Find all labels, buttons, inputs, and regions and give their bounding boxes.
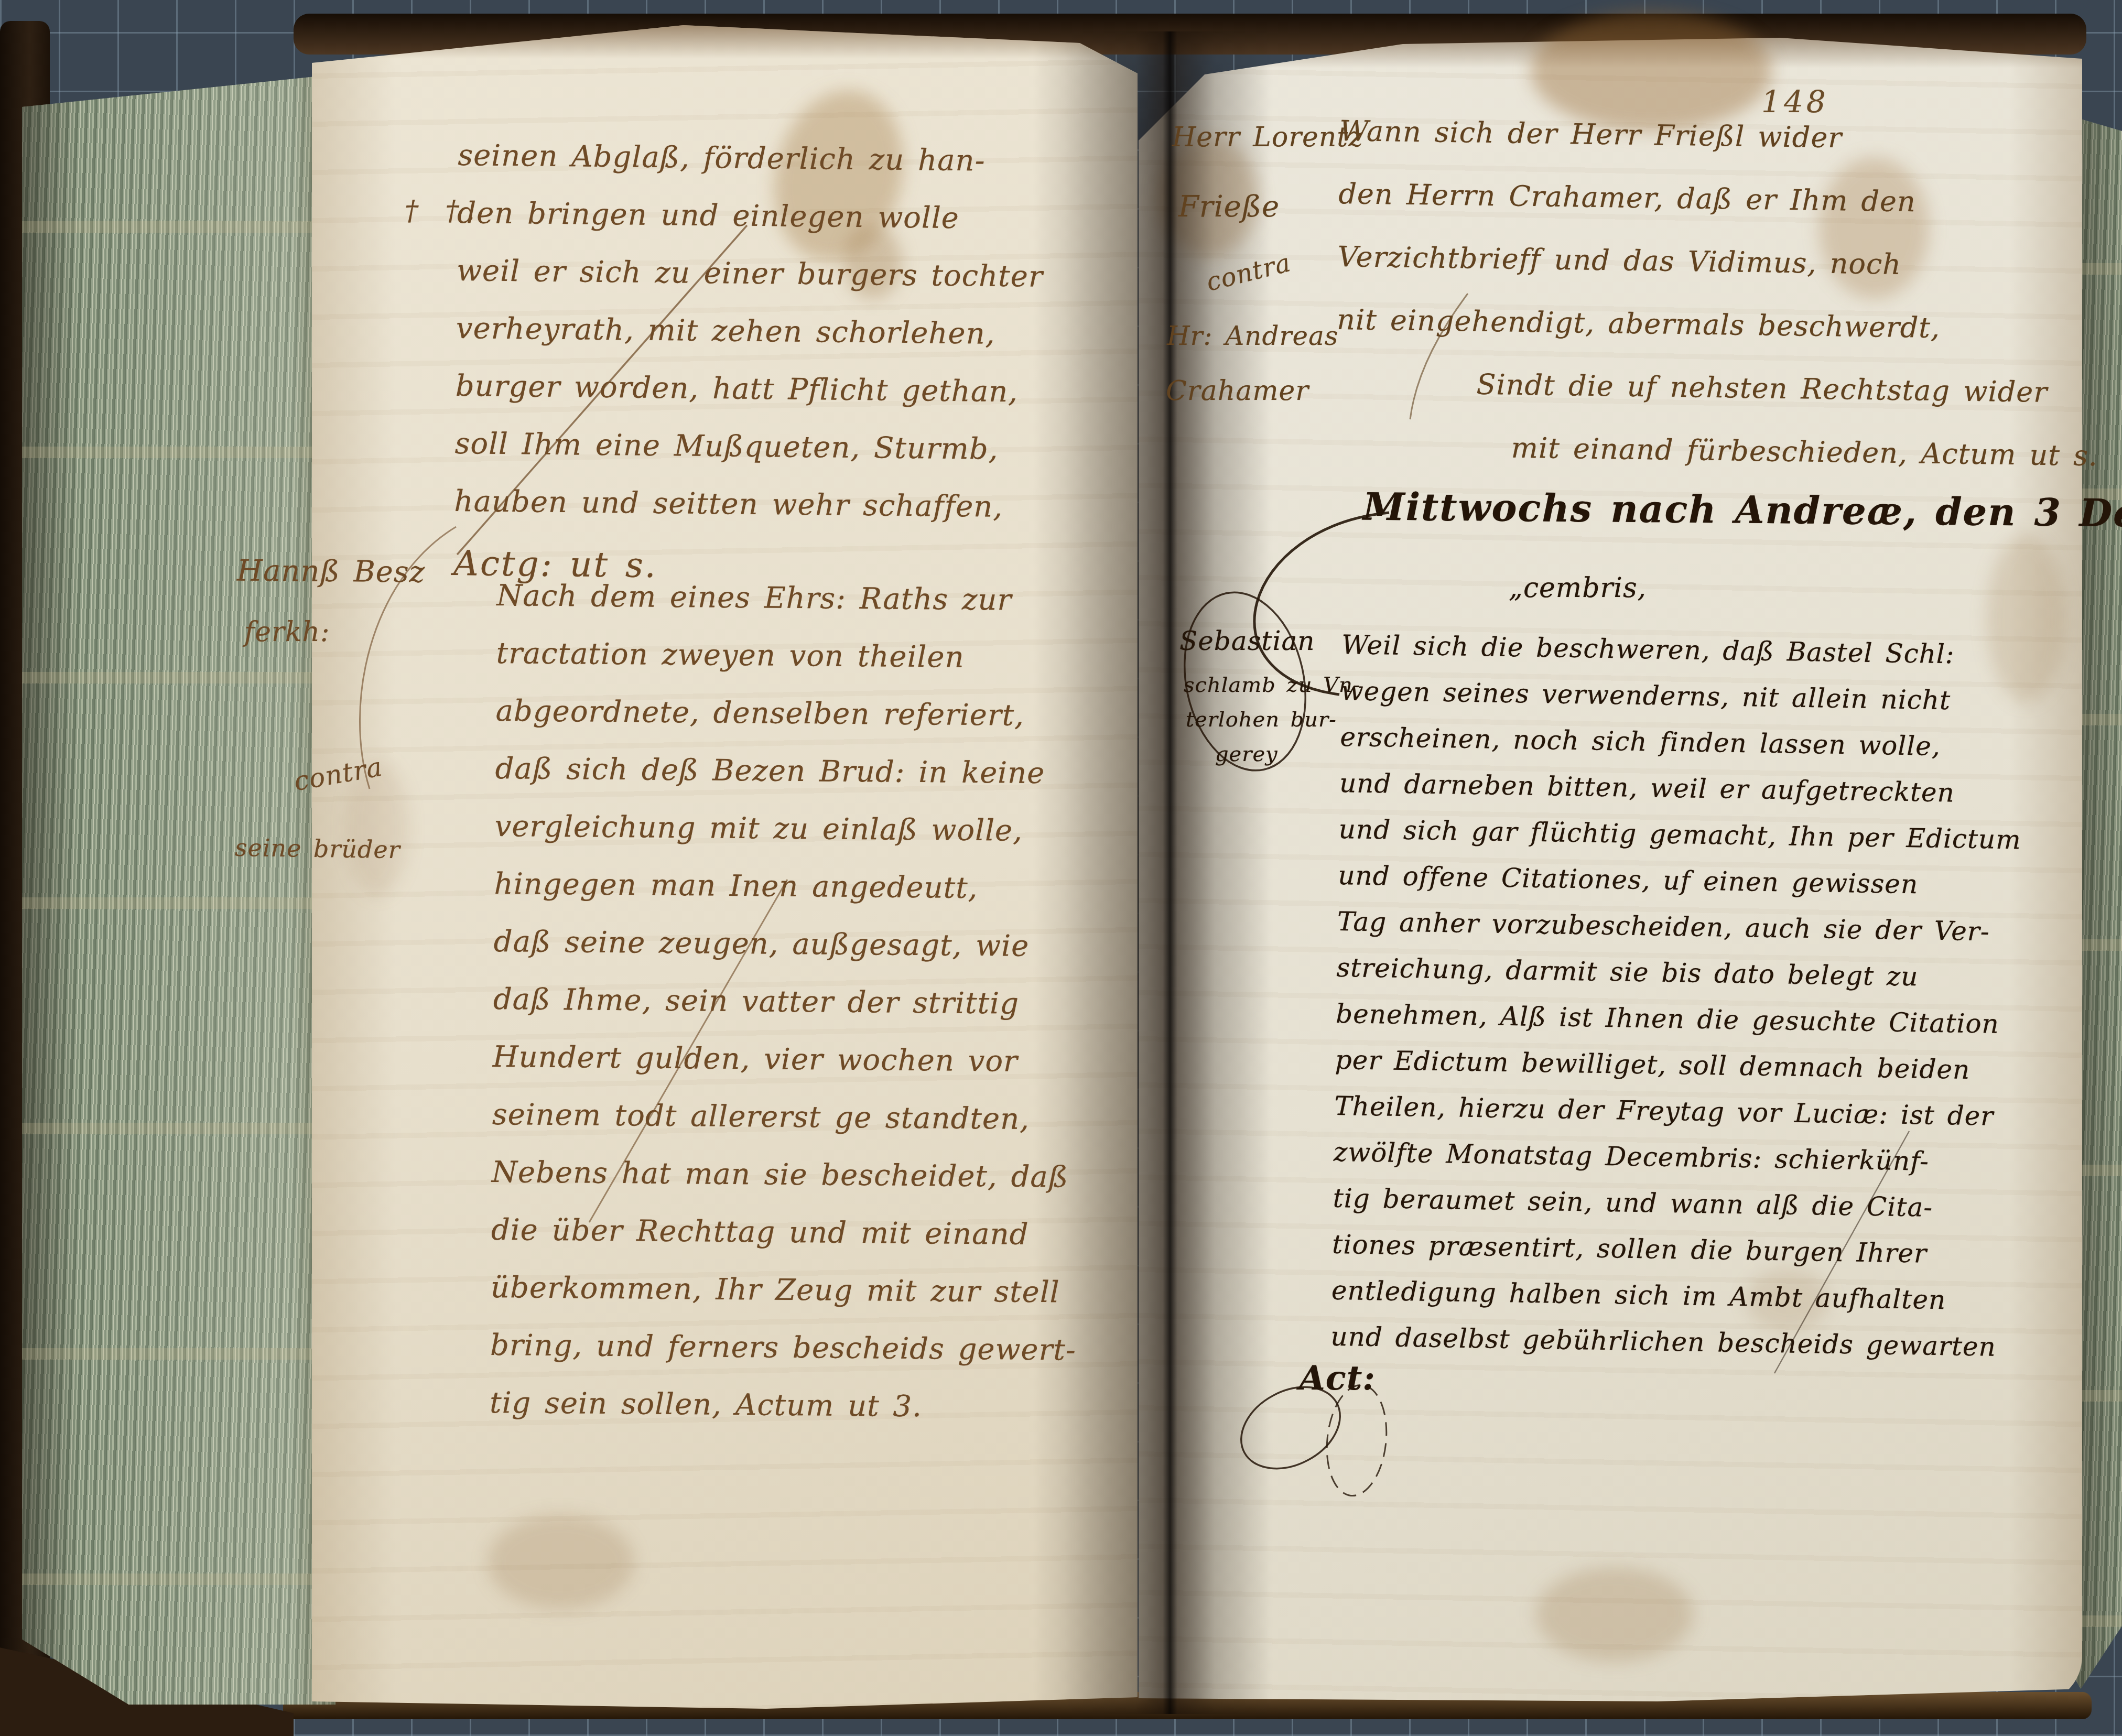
- stain: [488, 1515, 634, 1609]
- left-margin-party-3: seine brüder: [235, 833, 400, 864]
- left-margin-party-1: Hannß Besz: [237, 554, 426, 589]
- right-margin2-line-2: schlamb zu Vn-: [1184, 673, 1360, 697]
- session-heading: Mittwochs nach Andreæ, den 3 De-: [1363, 484, 2122, 535]
- right-margin2-party-1: Sebastian: [1179, 626, 1315, 656]
- right-margin1-party-2: Frieße: [1178, 190, 1280, 224]
- right-margin1-party-4: Crahamer: [1166, 375, 1309, 407]
- left-entry1-lines: seinen Abglaß, förderlich zu han-den bri…: [453, 127, 1045, 599]
- right-margin1-party-3: Hr: Andreas: [1167, 321, 1339, 351]
- left-margin-party-2: ferkh:: [244, 616, 330, 648]
- right-entry2-lines: Weil sich die beschweren, daß Bastel Sch…: [1330, 622, 2024, 1370]
- left-entry2-lines: Nach dem eines Ehrs: Raths zurtractation…: [490, 567, 1083, 1437]
- right-margin1-party-1: Herr Lorentz: [1172, 122, 1363, 153]
- right-entry1-lines: Wann sich der Herr Frießl widerden Herrn…: [1335, 100, 2103, 487]
- page-edge-stack-spine: [22, 74, 335, 1705]
- photo-of-manuscript-book: † †. seinen Abglaß, förderlich zu han-de…: [0, 0, 2122, 1736]
- stain: [1536, 1567, 1693, 1662]
- right-margin2-line-4: gerey: [1215, 742, 1278, 766]
- entry-closing-act: Act:: [1299, 1359, 1376, 1398]
- right-margin2-line-3: terlohen bur-: [1186, 708, 1337, 732]
- session-heading-wrap: „cembris,: [1509, 572, 1647, 604]
